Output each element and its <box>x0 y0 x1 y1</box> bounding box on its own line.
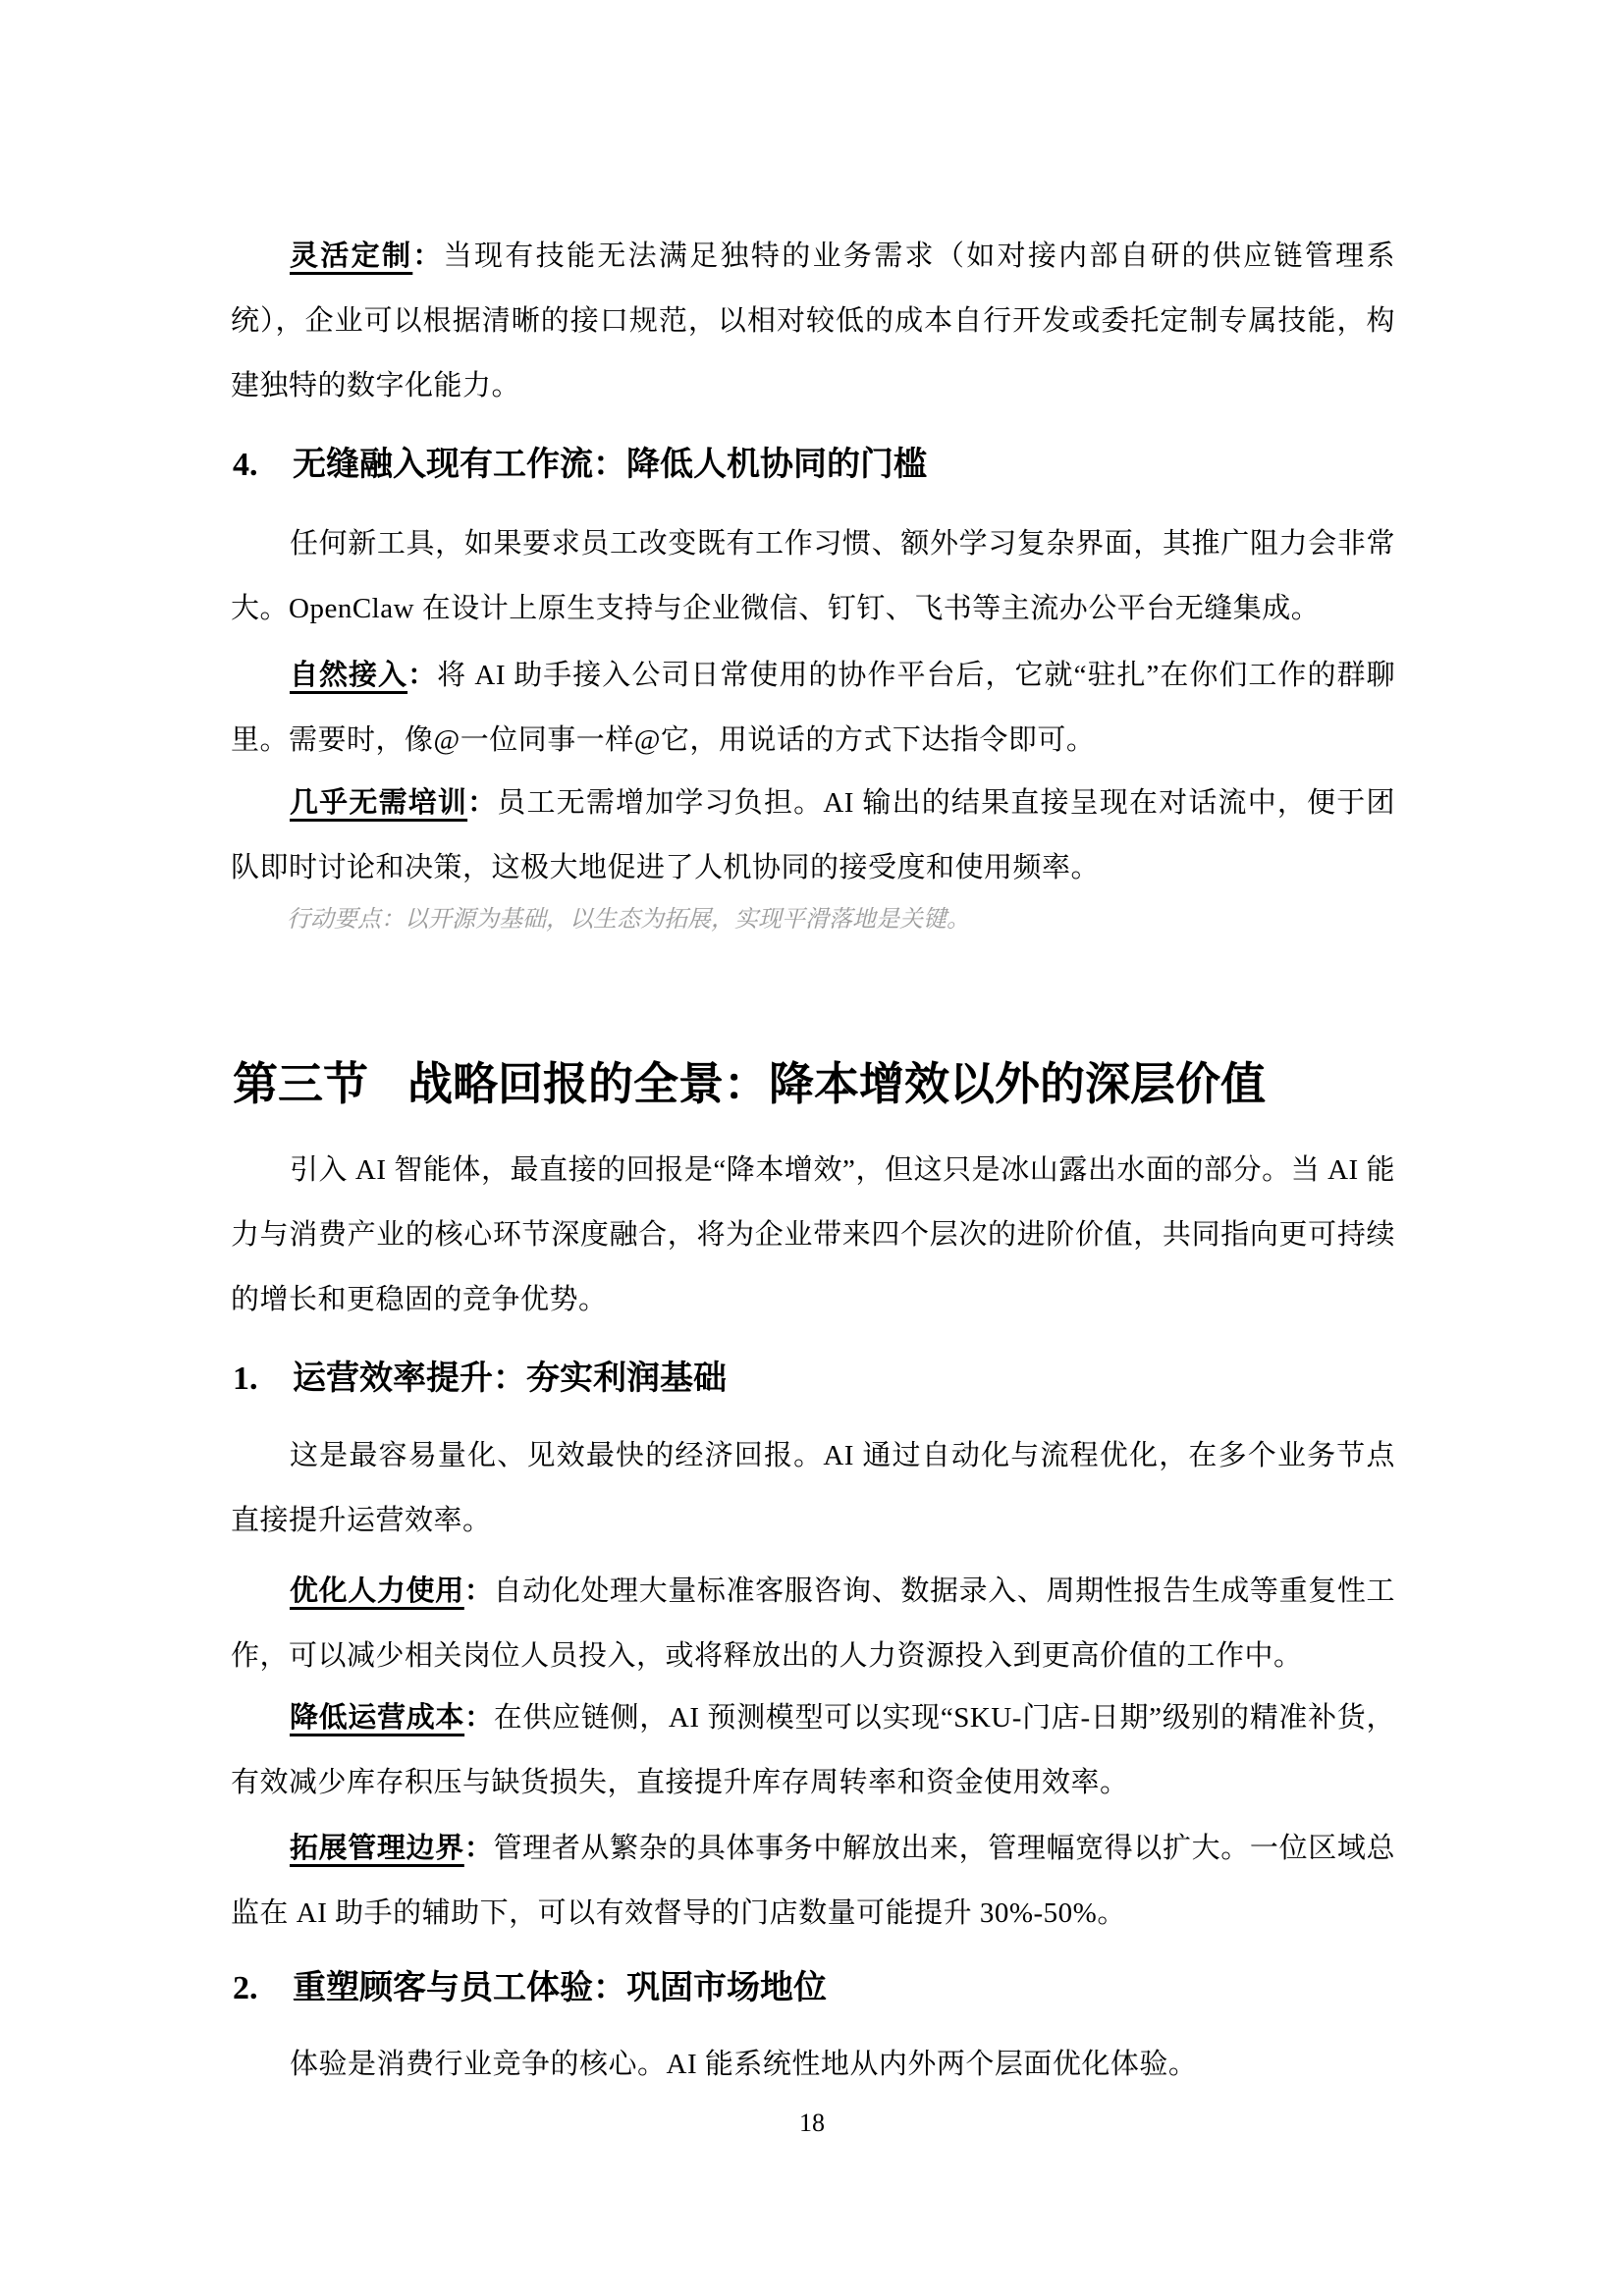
heading-4-seamless-workflow: 4.无缝融入现有工作流：降低人机协同的门槛 <box>233 441 1489 489</box>
paragraph-intro-returns: 引入 AI 智能体，最直接的回报是“降本增效”，但这只是冰山露出水面的部分。当 … <box>231 1138 1395 1332</box>
section-title: 战略回报的全景：降本增效以外的深层价值 <box>407 1058 1266 1109</box>
paragraph-natural-access: 自然接入：将 AI 助手接入公司日常使用的协作平台后，它就“驻扎”在你们工作的群… <box>231 643 1395 773</box>
lead-term: 自然接入 <box>290 660 407 691</box>
lead-term: 拓展管理边界 <box>290 1833 464 1864</box>
lead-term: 几乎无需培训 <box>290 787 467 819</box>
page-number: 18 <box>0 2107 1624 2140</box>
heading-2-customer-employee-experience: 2.重塑顾客与员工体验：巩固市场地位 <box>233 1964 1489 2012</box>
paragraph-experience-core: 体验是消费行业竞争的核心。AI 能系统性地从内外两个层面优化体验。 <box>231 2032 1395 2097</box>
paragraph-reduce-cost: 降低运营成本：在供应链侧，AI 预测模型可以实现“SKU-门店-日期”级别的精准… <box>231 1685 1395 1815</box>
lead-term: 优化人力使用 <box>290 1575 464 1607</box>
paragraph-no-training: 几乎无需培训：员工无需增加学习负担。AI 输出的结果直接呈现在对话流中，便于团队… <box>231 771 1395 900</box>
heading-number: 1. <box>233 1356 293 1403</box>
action-note-italic: 行动要点：以开源为基础，以生态为拓展，实现平滑落地是关键。 <box>231 900 1395 939</box>
heading-title: 运营效率提升：夯实利润基础 <box>293 1360 727 1397</box>
paragraph-economic-return: 这是最容易量化、见效最快的经济回报。AI 通过自动化与流程优化，在多个业务节点直… <box>231 1423 1395 1553</box>
heading-section-3: 第三节战略回报的全景：降本增效以外的深层价值 <box>233 1053 1489 1114</box>
paragraph-optimize-hr: 优化人力使用：自动化处理大量标准客服咨询、数据录入、周期性报告生成等重复性工作，… <box>231 1559 1395 1688</box>
heading-number: 2. <box>233 1965 293 2012</box>
lead-colon: ： <box>464 1702 494 1734</box>
lead-colon: ： <box>464 1575 494 1607</box>
lead-colon: ： <box>412 240 443 272</box>
lead-colon: ： <box>467 787 497 819</box>
heading-title: 重塑顾客与员工体验：巩固市场地位 <box>293 1969 827 2006</box>
document-page: 灵活定制：当现有技能无法满足独特的业务需求（如对接内部自研的供应链管理系统），企… <box>0 0 1624 2296</box>
heading-1-operational-efficiency: 1.运营效率提升：夯实利润基础 <box>233 1355 1489 1403</box>
paragraph-expand-management: 拓展管理边界：管理者从繁杂的具体事务中解放出来，管理幅宽得以扩大。一位区域总监在… <box>231 1816 1395 1946</box>
heading-number: 4. <box>233 442 293 489</box>
paragraph-new-tool: 任何新工具，如果要求员工改变既有工作习惯、额外学习复杂界面，其推广阻力会非常大。… <box>231 511 1395 641</box>
lead-term: 灵活定制 <box>290 240 412 272</box>
lead-colon: ： <box>407 660 437 691</box>
paragraph-flexible-customization: 灵活定制：当现有技能无法满足独特的业务需求（如对接内部自研的供应链管理系统），企… <box>231 224 1395 418</box>
heading-title: 无缝融入现有工作流：降低人机协同的门槛 <box>293 446 927 483</box>
section-label: 第三节 <box>233 1058 368 1109</box>
lead-term: 降低运营成本 <box>290 1702 464 1734</box>
lead-colon: ： <box>464 1833 494 1864</box>
